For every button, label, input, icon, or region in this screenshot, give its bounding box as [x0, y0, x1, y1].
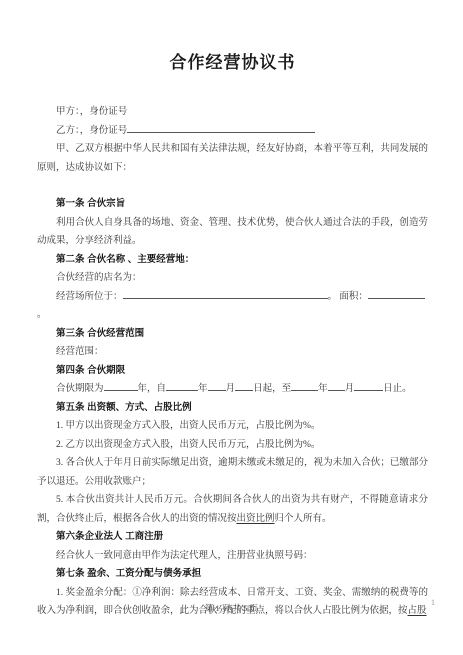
text-segment: 合伙经营的店名为：	[56, 273, 142, 283]
text-segment: 第六条企业法人 工商注册	[56, 531, 163, 542]
section-heading: 第六条企业法人 工商注册	[37, 528, 428, 547]
text-segment: 归个人所有。	[275, 514, 332, 524]
page-footer: 第 1 页 共 5 页	[0, 602, 463, 614]
paragraph: 甲、乙双方根据中华人民共和国有关法律法规，经友好协商，本着平等互利，共同发展的原…	[37, 140, 428, 177]
text-segment: 出资比例	[237, 514, 275, 524]
text-segment: 月	[345, 384, 355, 394]
text-segment: 年	[198, 384, 208, 394]
blank-field	[235, 381, 253, 391]
text-segment: 第四条 合伙期限	[56, 365, 125, 376]
text-segment: 2. 乙方以出资现金方式入股，出资人民币万元，占股比例为%。	[56, 440, 320, 450]
section-heading: 第四条 合伙期限	[37, 362, 428, 381]
text-segment: 第七条 盈余、工资分配与债务承担	[56, 568, 201, 579]
text-segment: 第五条 出资额、方式、占股比例	[56, 402, 192, 413]
blank-field	[368, 289, 425, 299]
text-segment: 5. 本合伙出资共计人民币万元。合伙期间各合伙人的出资为共有财产，不得随意请求分…	[37, 495, 428, 524]
text-segment: 甲、乙双方根据中华人民共和国有关法律法规，经友好协商，本着平等互利，共同发展的原…	[37, 144, 428, 173]
spacer	[37, 177, 428, 195]
text-segment: 年	[318, 384, 328, 394]
party-line: 甲方：，身份证号	[37, 103, 428, 122]
blank-field	[328, 381, 345, 391]
document-page: { "colors": { "page_background": "#fffff…	[0, 0, 463, 655]
text-segment: 第一条 合伙宗旨	[56, 198, 125, 209]
text-segment: 利用合伙人自身具备的场地、资金、管理、技术优势，使合伙人通过合法的手段，创造劳动…	[37, 218, 428, 247]
paragraph: 利用合伙人自身具备的场地、资金、管理、技术优势，使合伙人通过合法的手段，创造劳动…	[37, 214, 428, 251]
text-segment: 第二条 合伙名称 、主要经营地：	[56, 254, 194, 265]
text-segment: 第三条 合伙经营范围	[56, 328, 144, 339]
text-segment: 乙方：，身份证号	[56, 126, 127, 136]
paragraph: 2. 乙方以出资现金方式入股，出资人民币万元，占股比例为%。	[37, 436, 428, 455]
document-body: 甲方：，身份证号乙方：，身份证号甲、乙双方根据中华人民共和国有关法律法规，经友好…	[37, 103, 428, 621]
paragraph: 合伙期限为年，自年月日起，至年月日止。	[37, 380, 428, 399]
document-content: 合作经营协议书 甲方：，身份证号乙方：，身份证号甲、乙双方根据中华人民共和国有关…	[0, 0, 463, 621]
text-segment: 1. 甲方以出资现金方式入股，出资人民币万元，占股比例为%。	[56, 421, 320, 431]
margin-marker: 1	[431, 598, 435, 607]
blank-field	[208, 381, 226, 391]
text-segment: 月	[226, 384, 236, 394]
paragraph: 合伙经营的店名为：	[37, 269, 428, 288]
paragraph: 5. 本合伙出资共计人民币万元。合伙期间各合伙人的出资为共有财产，不得随意请求分…	[37, 491, 428, 528]
text-segment: 合伙期限为	[56, 384, 104, 394]
section-heading: 第二条 合伙名称 、主要经营地：	[37, 251, 428, 270]
text-segment: 年，自	[138, 384, 167, 394]
paragraph: 经合伙人一致同意由甲作为法定代理人，注册营业执照号码：	[37, 547, 428, 566]
text-segment: 。 面积：	[328, 292, 368, 302]
section-heading: 第一条 合伙宗旨	[37, 195, 428, 214]
blank-field	[354, 381, 383, 391]
text-segment: 3. 各合伙人于年月日前实际缴足出资，逾期未缴或未缴足的，视为未加入合伙；已缴部…	[37, 458, 428, 487]
text-segment: 经合伙人一致同意由甲作为法定代理人，注册营业执照号码：	[56, 551, 313, 561]
text-segment: 日起，至	[253, 384, 291, 394]
blank-field	[127, 123, 315, 133]
document-title: 合作经营协议书	[37, 48, 428, 73]
text-segment: 经营范围：	[56, 347, 104, 357]
text-segment: 经营场所位于：	[56, 292, 123, 302]
blank-field	[166, 381, 198, 391]
section-heading: 第七条 盈余、工资分配与债务承担	[37, 565, 428, 584]
blank-field	[123, 289, 328, 299]
text-segment: 日止。	[383, 384, 412, 394]
blank-field	[104, 381, 138, 391]
section-heading: 第五条 出资额、方式、占股比例	[37, 399, 428, 418]
section-heading: 第三条 合伙经营范围	[37, 325, 428, 344]
paragraph: 经营范围：	[37, 343, 428, 362]
text-segment: 。	[37, 310, 47, 320]
blank-field	[291, 381, 318, 391]
paragraph: 3. 各合伙人于年月日前实际缴足出资，逾期未缴或未缴足的，视为未加入合伙；已缴部…	[37, 454, 428, 491]
party-line: 乙方：，身份证号	[37, 122, 428, 141]
paragraph: 1. 甲方以出资现金方式入股，出资人民币万元，占股比例为%。	[37, 417, 428, 436]
paragraph: 经营场所位于：。 面积：。	[37, 288, 428, 325]
text-segment: 甲方：，身份证号	[56, 107, 127, 117]
